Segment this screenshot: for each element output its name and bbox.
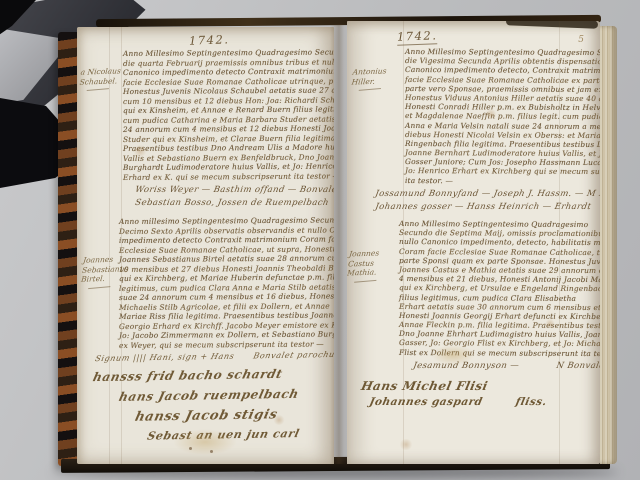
handwritten-line: ex Weyer, qui se mecum subscripserunt it… (119, 339, 334, 350)
foxing-spot (545, 319, 555, 328)
handwritten-line: Hans Michel Flisi (359, 379, 548, 396)
left-page: 1742. a NicolausSchaubel. Anno Millesimo… (77, 27, 334, 464)
handwritten-line: ita testor. — (405, 176, 600, 187)
paper-stain (431, 345, 475, 365)
year-heading-right: 1742. (397, 28, 438, 45)
handwritten-line: Woriss Weyer — Basthim offand — Bonvalet… (134, 185, 334, 198)
entry-text-left-1: Anno Millesimo Septingentesimo Quadrages… (123, 49, 334, 182)
foxing-spot (273, 415, 285, 425)
open-register-book: 1742. a NicolausSchaubel. Anno Millesimo… (58, 14, 618, 474)
entry-signatures-left-1: Woriss Weyer — Basthim offand — Bonvalet… (135, 185, 334, 211)
margin-note-schaubel: a NicolausSchaubel. (79, 66, 122, 90)
handwritten-line: Sebastian Bosso, Jossen de Ruempelbach (134, 198, 334, 211)
book-spine-leather (58, 32, 77, 466)
handwritten-line: Antonius (352, 66, 387, 77)
margin-note-hiller: AntoniusHiller. (351, 66, 387, 90)
handwritten-line: Sebast an uen jun carl (144, 426, 334, 449)
handwritten-line: Mathia. (347, 267, 378, 278)
torn-top-edge (506, 21, 598, 29)
handwritten-line: Schaubel. (79, 76, 120, 87)
entry-signatures-right-1: Jossamund Bonnyfand — Joseph J. Hassm. —… (375, 189, 600, 215)
year-heading-left: 1742. (189, 32, 230, 47)
paper-stain (173, 429, 237, 455)
entry-text-right-1: Anno Millesimo Septingentesimo Quadrages… (405, 47, 600, 185)
page-stack-edge (600, 26, 617, 464)
handwritten-line: Flist ex Dollern qui se mecum subscripse… (399, 348, 600, 358)
handwritten-line: Jossamund Bonnyfand — Joseph J. Hassm. —… (374, 189, 600, 202)
page-number: 5 (578, 35, 584, 45)
margin-note-mathia: JoannesCastusMathia. (347, 248, 380, 282)
handwritten-line: Hiller. (351, 76, 386, 87)
ink-speck (210, 450, 213, 453)
foxing-spot (399, 439, 413, 450)
name-signatures-right: Hans Michel FlisiJohannes gaspard fliss. (361, 379, 546, 413)
foxing-spot (485, 109, 497, 119)
scanned-register-photo: 1742. a NicolausSchaubel. Anno Millesimo… (0, 0, 640, 480)
handwritten-line: Erhard ex K. qui se mecum subscripserunt… (123, 171, 334, 182)
foxing-spot (133, 145, 147, 157)
entry-text-right-2: Anno Millesimo Septingentesimo Quadrages… (399, 219, 600, 357)
right-page: 1742. 5 AntoniusHiller. Anno Millesimo S… (347, 21, 600, 464)
handwritten-line: Johannes gosser — Hanss Heinrich — Erhar… (374, 202, 600, 215)
entry-text-left-2: Anno millesimo Septingentesimo Quadrages… (119, 217, 334, 350)
ink-speck (189, 447, 192, 450)
handwritten-line: Johannes gaspard fliss. (367, 396, 548, 413)
handwritten-line: Joannes (349, 248, 380, 259)
